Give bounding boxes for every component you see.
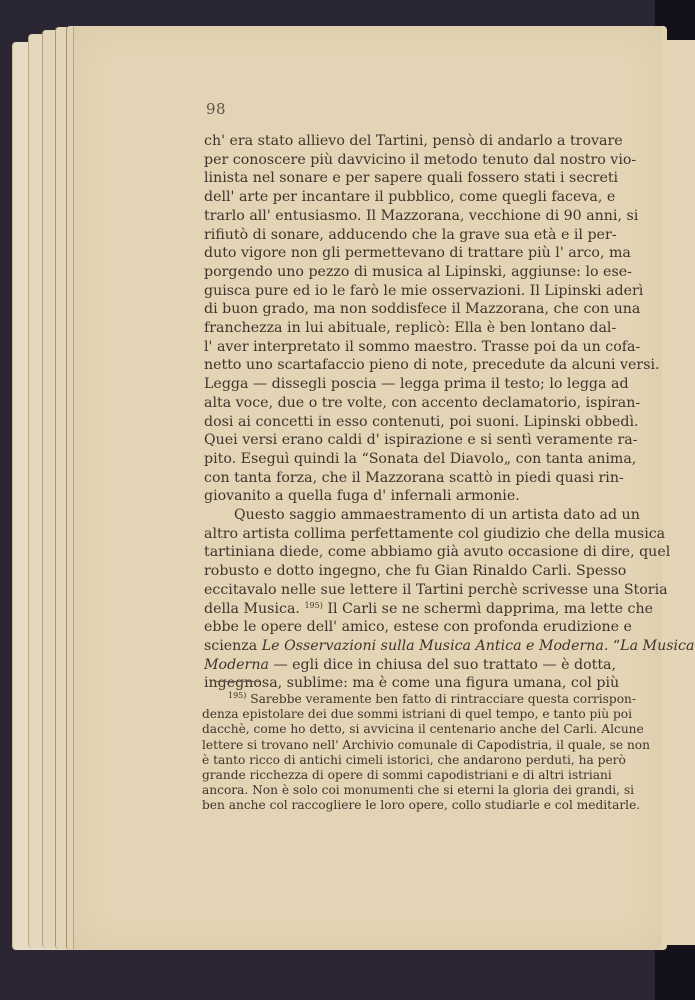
text-line: altro artista collima perfettamente col …	[204, 525, 599, 544]
footnote-marker: 195)	[228, 691, 246, 700]
text-line: robusto e dotto ingegno, che fu Gian Rin…	[204, 562, 599, 581]
text-line: duto vigore non gli permettevano di trat…	[204, 244, 599, 263]
text-fragment: scienza	[204, 638, 262, 654]
text-line: con tanta forza, che il Mazzorana scattò…	[204, 469, 599, 488]
footnote-line: ben anche col raccogliere le loro opere,…	[202, 798, 600, 813]
facing-page-edge	[660, 40, 695, 945]
footnote-line: dacchè, come ho detto, si avvicina il ce…	[202, 722, 600, 737]
text-line: netto uno scartafaccio pieno di note, pr…	[204, 356, 599, 375]
text-line: ebbe le opere dell' amico, estese con pr…	[204, 618, 599, 637]
book-title: Le Osservazioni sulla Musica Antica e Mo…	[262, 638, 609, 654]
text-line: di buon grado, ma non soddisfece il Mazz…	[204, 300, 599, 319]
text-line: giovanito a quella fuga d' infernali arm…	[204, 487, 599, 506]
footnote-reference[interactable]: 195)	[304, 601, 322, 610]
text-line: ch' era stato allievo del Tartini, pensò…	[204, 132, 599, 151]
footnote-line: ancora. Non è solo coi monumenti che si …	[202, 783, 600, 798]
text-fragment: — egli dice in chiusa del suo trattato —…	[269, 657, 616, 673]
footnote-line: è tanto ricco di antichi cimeli istorici…	[202, 753, 600, 768]
text-line: linista nel sonare e per sapere quali fo…	[204, 169, 599, 188]
text-line: Quei versi erano caldi d' ispirazione e …	[204, 431, 599, 450]
text-line: porgendo uno pezzo di musica al Lipinski…	[204, 263, 599, 282]
quote-italic: Moderna	[204, 657, 269, 673]
footnote-divider	[214, 681, 260, 682]
text-line: franchezza in lui abituale, replicò: Ell…	[204, 319, 599, 338]
text-line: trarlo all' entusiasmo. Il Mazzorana, ve…	[204, 207, 599, 226]
paragraph-start-line: Questo saggio ammaestramento di un artis…	[204, 506, 599, 525]
text-line: guisca pure ed io le farò le mie osserva…	[204, 282, 599, 301]
text-fragment: Sarebbe veramente ben fatto di rintracci…	[246, 692, 636, 706]
footnote-line: grande ricchezza di opere di sommi capod…	[202, 768, 600, 783]
text-line: per conoscere più davvicino il metodo te…	[204, 151, 599, 170]
text-line: alta voce, due o tre volte, con accento …	[204, 394, 599, 413]
text-line: tartiniana diede, come abbiamo già avuto…	[204, 543, 599, 562]
footnote-first-line: 195) Sarebbe veramente ben fatto di rint…	[202, 692, 600, 707]
footnote-line: lettere si trovano nell' Archivio comuna…	[202, 738, 600, 753]
text-fragment: Il Carli se ne schermì dapprima, ma lett…	[323, 601, 653, 617]
text-fragment: della Musica.	[204, 601, 300, 617]
text-line: ingegnosa, sublime: ma è come una figura…	[204, 674, 599, 693]
text-line-with-title: scienza Le Osservazioni sulla Musica Ant…	[204, 637, 599, 656]
text-line: l' aver interpretato il sommo maestro. T…	[204, 338, 599, 357]
main-text: ch' era stato allievo del Tartini, pensò…	[204, 132, 599, 693]
text-line: Legga — dissegli poscia — legga prima il…	[204, 375, 599, 394]
footnote-line: denza epistolare dei due sommi istriani …	[202, 707, 600, 722]
text-line: dell' arte per incantare il pubblico, co…	[204, 188, 599, 207]
text-line: eccitavalo nelle sue lettere il Tartini …	[204, 581, 599, 600]
text-line: dosi ai concetti in esso contenuti, poi …	[204, 413, 599, 432]
quote-mark: “	[608, 638, 620, 654]
footnote-block: 195) Sarebbe veramente ben fatto di rint…	[202, 692, 600, 814]
page-number: 98	[206, 100, 226, 118]
text-line: rifiutò di sonare, adducendo che la grav…	[204, 226, 599, 245]
quote-italic: La Musica	[620, 638, 694, 654]
text-line: pito. Eseguì quindi la “Sonata del Diavo…	[204, 450, 599, 469]
text-line-with-footnote-ref: della Musica. 195) Il Carli se ne scherm…	[204, 600, 599, 619]
text-line-with-quote: Moderna — egli dice in chiusa del suo tr…	[204, 656, 599, 675]
